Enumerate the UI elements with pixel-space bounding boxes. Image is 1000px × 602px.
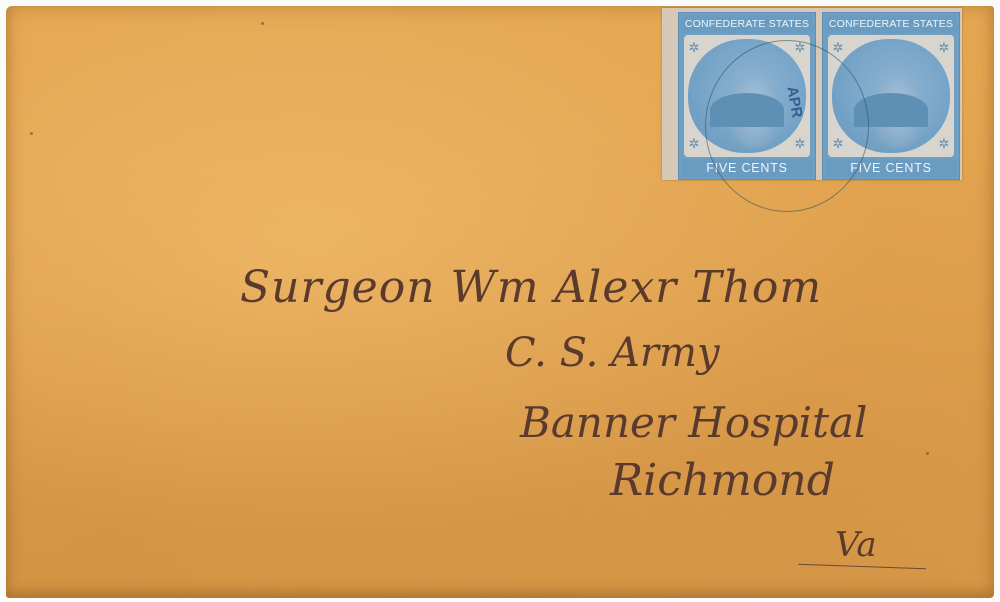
address-line-unit: C. S. Army bbox=[505, 330, 720, 376]
star-icon: ✲ bbox=[937, 137, 951, 151]
address-line-city: Richmond bbox=[610, 455, 835, 506]
postmark-circle bbox=[705, 40, 869, 212]
address-line-name: Surgeon Wm Alexr Thom bbox=[240, 262, 822, 313]
paper-fleck bbox=[261, 22, 264, 25]
star-icon: ✲ bbox=[687, 41, 701, 55]
paper-fleck bbox=[30, 132, 33, 135]
address-line-hospital: Banner Hospital bbox=[520, 398, 867, 447]
paper-fleck bbox=[926, 452, 929, 455]
star-icon: ✲ bbox=[831, 41, 845, 55]
star-icon: ✲ bbox=[687, 137, 701, 151]
address-line-state: Va bbox=[835, 525, 877, 565]
stamp-top-label: CONFEDERATE STATES bbox=[681, 15, 813, 33]
stamp-top-label: CONFEDERATE STATES bbox=[825, 15, 957, 33]
star-icon: ✲ bbox=[937, 41, 951, 55]
